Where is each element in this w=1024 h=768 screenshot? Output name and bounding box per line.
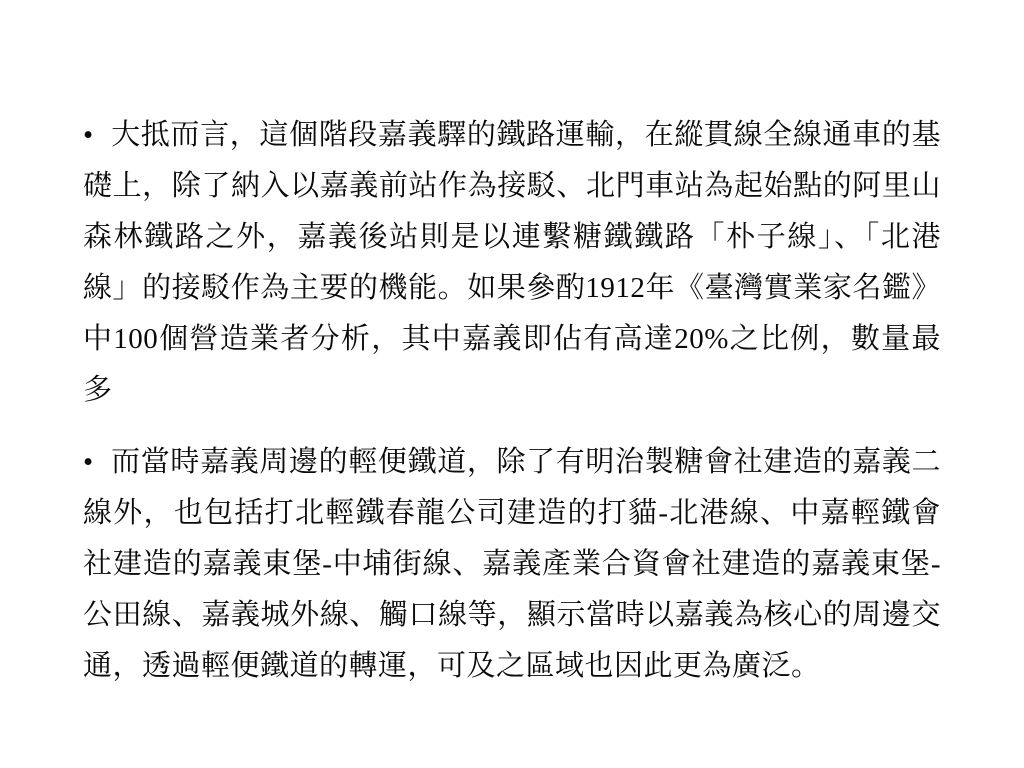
bullet-paragraph-2: •而當時嘉義周邊的輕便鐵道，除了有明治製糖會社建造的嘉義二線外，也包括打北輕鐵春… — [83, 437, 941, 692]
bullet-paragraph-1: •大抵而言，這個階段嘉義驛的鐵路運輸，在縱貫線全線通車的基礎上，除了納入以嘉義前… — [83, 110, 941, 416]
bullet-marker: • — [83, 110, 111, 161]
slide-canvas: •大抵而言，這個階段嘉義驛的鐵路運輸，在縱貫線全線通車的基礎上，除了納入以嘉義前… — [0, 0, 1024, 768]
bullet-marker: • — [83, 437, 111, 488]
bullet-paragraph-1-text: 大抵而言，這個階段嘉義驛的鐵路運輸，在縱貫線全線通車的基礎上，除了納入以嘉義前站… — [83, 119, 941, 406]
bullet-paragraph-2-text: 而當時嘉義周邊的輕便鐵道，除了有明治製糖會社建造的嘉義二線外，也包括打北輕鐵春龍… — [83, 446, 941, 682]
bullet-text-block: •大抵而言，這個階段嘉義驛的鐵路運輸，在縱貫線全線通車的基礎上，除了納入以嘉義前… — [83, 110, 941, 692]
